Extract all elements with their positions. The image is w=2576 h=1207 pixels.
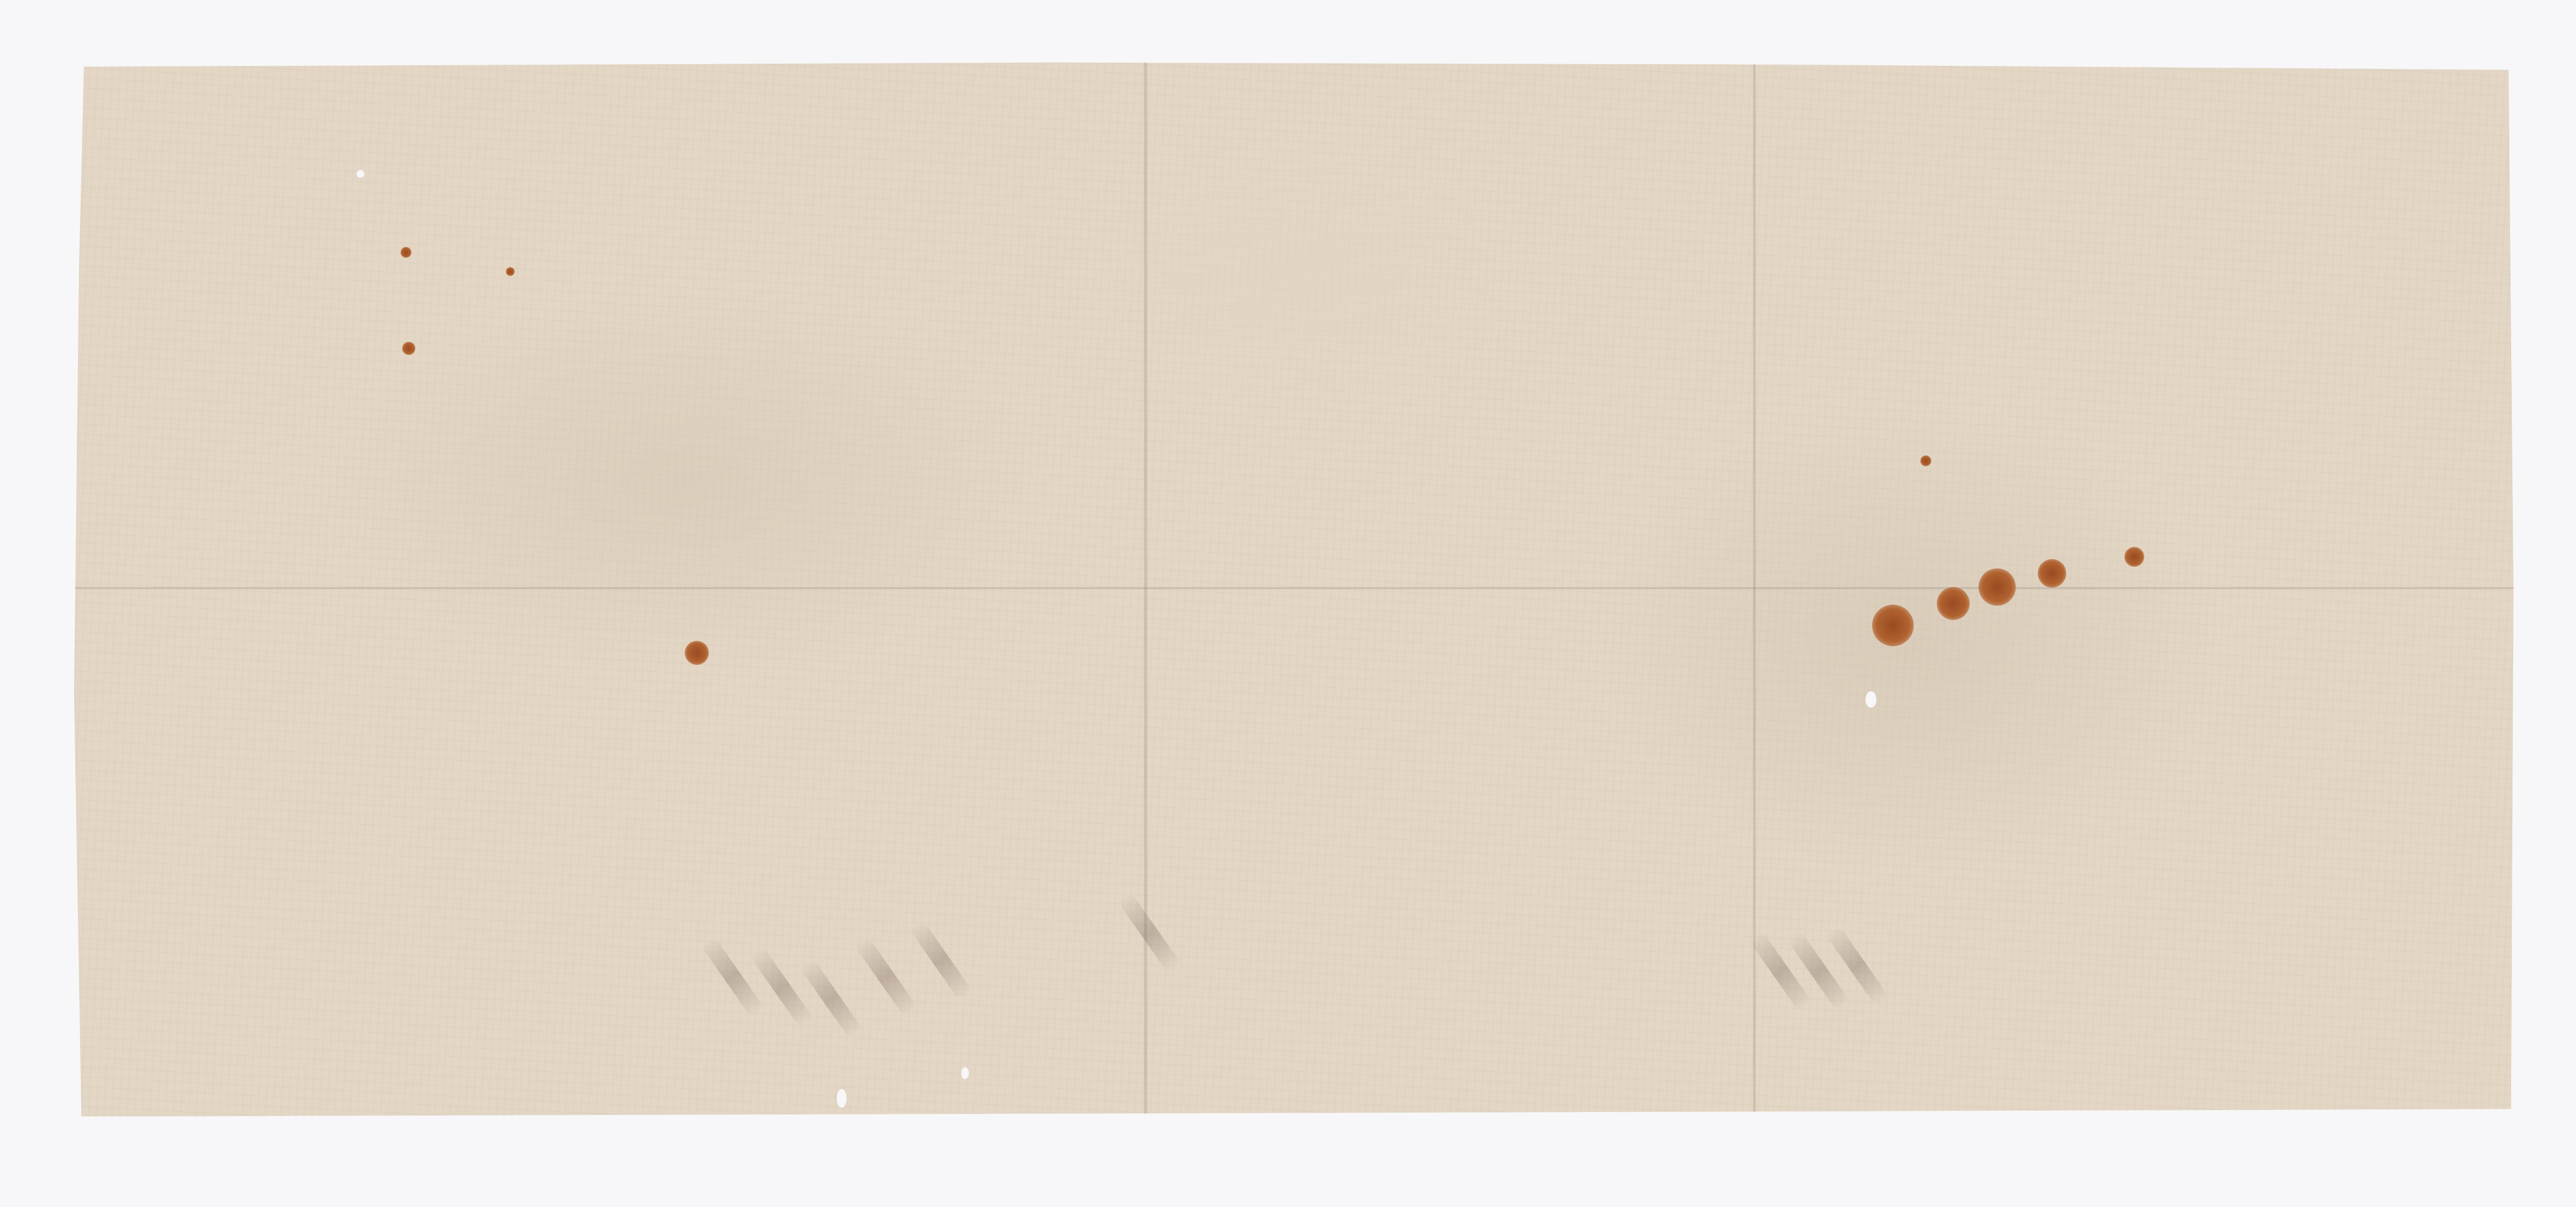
foxing-stain [2124,547,2144,567]
banknote-reverse [74,60,2518,1116]
horizontal-crease [74,587,2518,589]
paper-hole [1865,691,1876,708]
foxing-stain [401,247,412,258]
foxing-stain [1920,455,1931,466]
foxing-stain [1978,568,2016,606]
foxing-stain [685,641,709,665]
paper-hole [837,1089,847,1108]
foxing-stain [1937,587,1970,620]
faint-handwriting-stroke [909,920,973,1001]
foxing-stain [2038,559,2066,588]
foxing-stain [1872,605,1914,646]
paper-hole [961,1067,969,1079]
foxing-stain [402,342,415,355]
faint-handwriting-stroke [750,947,814,1028]
faint-handwriting-stroke [799,958,863,1039]
foxing-stain [506,267,515,276]
faint-handwriting-stroke [701,936,764,1017]
paper-hole [357,170,364,178]
faint-handwriting-stroke [1118,892,1181,973]
faint-handwriting-stroke [854,936,918,1017]
